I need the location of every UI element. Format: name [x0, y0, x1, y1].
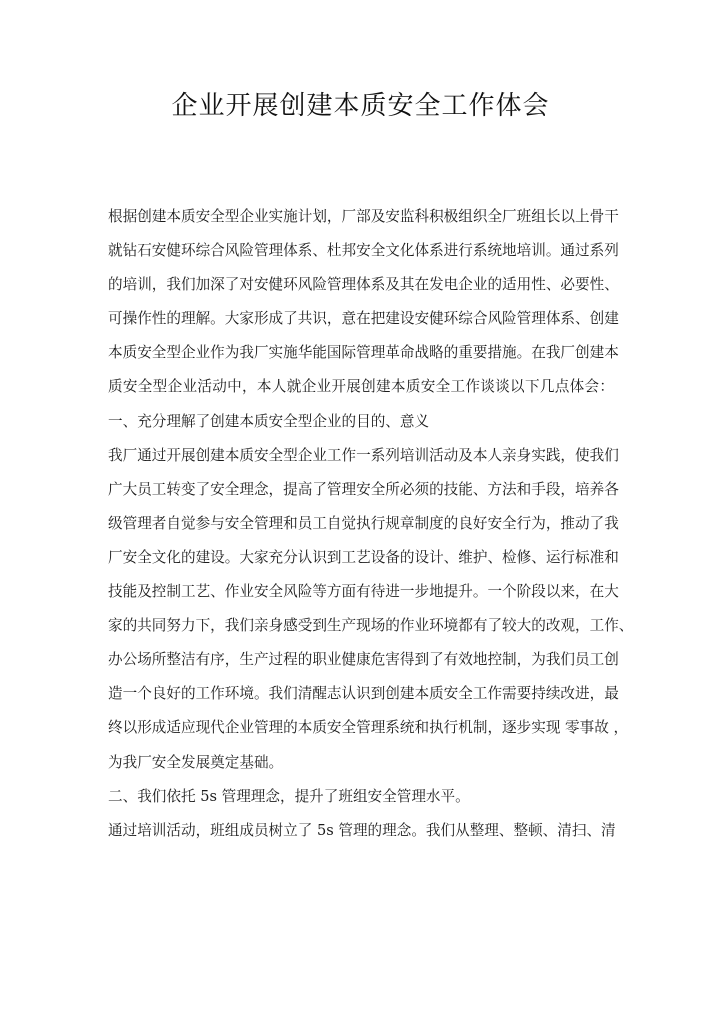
text-line: 级管理者自觉参与安全管理和员工自觉执行规章制度的良好安全行为，推动了我 [108, 511, 614, 545]
document-page: 企业开展创建本质安全工作体会 根据创建本质安全型企业实施计划，厂部及安监科积极组… [0, 0, 721, 1020]
text-line: 厂安全文化的建设。大家充分认识到工艺设备的设计、维护、检修、运行标准和 [108, 545, 614, 579]
text-line: 广大员工转变了安全理念，提高了管理安全所必须的技能、方法和手段，培养各 [108, 477, 614, 511]
text-line: 一、充分理解了创建本质安全型企业的目的、意义 [108, 409, 614, 443]
text-line: 技能及控制工艺、作业安全风险等方面有待进一步地提升。一个阶段以来，在大 [108, 579, 614, 613]
text-line: 办公场所整洁有序，生产过程的职业健康危害得到了有效地控制，为我们员工创 [108, 647, 614, 681]
document-body: 根据创建本质安全型企业实施计划，厂部及安监科积极组织全厂班组长以上骨干就钻石安健… [108, 204, 614, 852]
text-line: 家的共同努力下，我们亲身感受到生产现场的作业环境都有了较大的改观，工作、 [108, 613, 614, 647]
text-line: 造一个良好的工作环境。我们清醒志认识到创建本质安全工作需要持续改进，最 [108, 681, 614, 715]
text-line: 通过培训活动，班组成员树立了 5s 管理的理念。我们从整理、整顿、清扫、清 [108, 818, 614, 852]
text-line: 我厂通过开展创建本质安全型企业工作一系列培训活动及本人亲身实践，使我们 [108, 443, 614, 477]
text-line: 为我厂安全发展奠定基础。 [108, 750, 614, 784]
text-line: 就钻石安健环综合风险管理体系、杜邦安全文化体系进行系统地培训。通过系列 [108, 238, 614, 272]
text-line: 二、我们依托 5s 管理理念，提升了班组安全管理水平。 [108, 784, 614, 818]
document-title: 企业开展创建本质安全工作体会 [0, 88, 721, 124]
text-line: 质安全型企业活动中，本人就企业开展创建本质安全工作谈谈以下几点体会： [108, 374, 614, 408]
text-line: 根据创建本质安全型企业实施计划，厂部及安监科积极组织全厂班组长以上骨干 [108, 204, 614, 238]
text-line: 的培训，我们加深了对安健环风险管理体系及其在发电企业的适用性、必要性、 [108, 272, 614, 306]
text-line: 可操作性的理解。大家形成了共识，意在把建设安健环综合风险管理体系、创建 [108, 306, 614, 340]
text-line: 本质安全型企业作为我厂实施华能国际管理革命战略的重要措施。在我厂创建本 [108, 340, 614, 374]
text-line: 终以形成适应现代企业管理的本质安全管理系统和执行机制，逐步实现 零事故 ， [108, 715, 614, 749]
